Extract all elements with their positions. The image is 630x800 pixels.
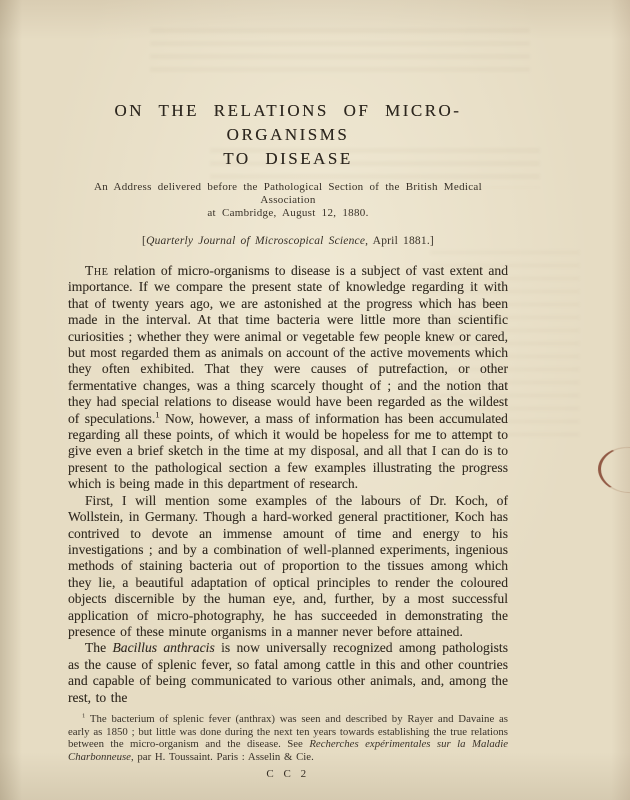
article: ON THE RELATIONS OF MICRO-ORGANISMS TO D…	[68, 0, 508, 780]
page-edge-ring-mark	[596, 445, 630, 495]
paragraph-3: The Bacillus anthracis is now universall…	[68, 640, 508, 706]
article-body: The relation of micro-organisms to disea…	[68, 263, 508, 706]
journal-citation: [Quarterly Journal of Microscopical Scie…	[68, 234, 508, 248]
address-note: An Address delivered before the Patholog…	[68, 181, 508, 220]
title-line-2: TO DISEASE	[68, 147, 508, 171]
printer-signature-mark: C C 2	[68, 768, 508, 780]
paragraph-1: The relation of micro-organisms to disea…	[68, 263, 508, 493]
address-line-1: An Address delivered before the Patholog…	[68, 181, 508, 207]
scanned-page: ON THE RELATIONS OF MICRO-ORGANISMS TO D…	[0, 0, 630, 800]
paragraph-2: First, I will mention some examples of t…	[68, 493, 508, 641]
footnote: 1 The bacterium of splenic fever (anthra…	[68, 713, 508, 763]
address-line-2: at Cambridge, August 12, 1880.	[68, 207, 508, 220]
title-line-1: ON THE RELATIONS OF MICRO-ORGANISMS	[68, 99, 508, 147]
article-title: ON THE RELATIONS OF MICRO-ORGANISMS TO D…	[68, 99, 508, 171]
